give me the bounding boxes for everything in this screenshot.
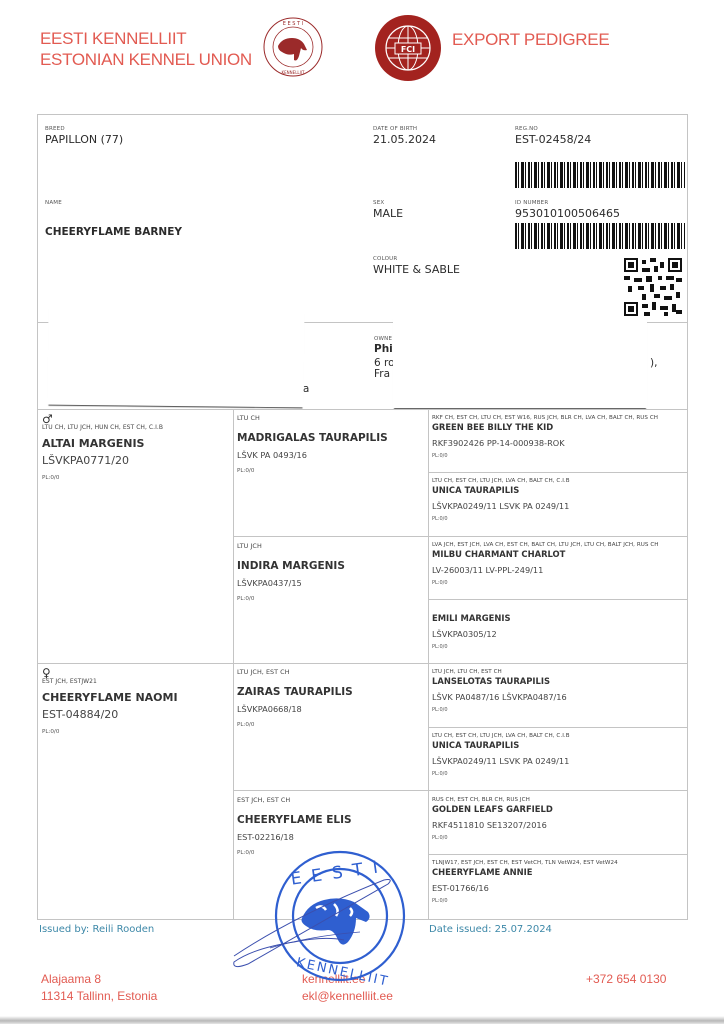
ancestor-titles: LTU JCH, LTU CH, EST CH [432,669,567,675]
gen2-cell: LTU CH MADRIGALAS TAURAPILIS LŠVK PA 049… [237,414,388,474]
ancestor-reg: LŠVKPA0437/15 [237,578,345,588]
website-link[interactable]: kennelliit.ee [302,971,393,988]
owner-address-line1-end: ), [650,357,657,369]
divider [233,536,688,537]
owner-address-line2: Fra [374,368,390,380]
org-name-english: ESTONIAN KENNEL UNION [40,49,252,70]
ancestor-name: MADRIGALAS TAURAPILIS [237,432,388,444]
ancestor-titles: EST JCH, EST CH [237,796,352,804]
ancestor-reg: LŠVKPA0668/18 [237,704,353,714]
svg-text:KENNELLIIT: KENNELLIIT [282,70,305,75]
gen3-cell: RKF CH, EST CH, LTU CH, EST W16, RUS JCH… [432,415,658,459]
ancestor-pl: PL:0/0 [237,596,345,602]
address-line1: Alajaama 8 [41,971,157,988]
colour-value: WHITE & SABLE [373,263,460,276]
regno-label: REG.NO [515,126,538,132]
ancestor-name: GOLDEN LEAFS GARFIELD [432,804,553,814]
breed-value: PAPILLON (77) [45,133,123,146]
ancestor-pl: PL:0/0 [432,835,553,841]
male-symbol-icon: ♂ [42,414,163,424]
ancestor-name: MILBU CHARMANT CHARLOT [432,549,659,559]
sire-name: ALTAI MARGENIS [42,437,163,450]
breed-label: BREED [45,126,65,132]
gen3-cell: LTU CH, EST CH, LTU JCH, LVA CH, BALT CH… [432,478,570,522]
id-barcode-icon [515,223,685,249]
divider [428,599,688,600]
address-line2: 11314 Tallinn, Estonia [41,988,157,1005]
email-link[interactable]: ekl@kennelliit.ee [302,988,393,1005]
ancestor-titles: LTU CH, EST CH, LTU JCH, LVA CH, BALT CH… [432,733,570,739]
dob-label: DATE OF BIRTH [373,126,417,132]
gen3-cell: LVA JCH, EST JCH, LVA CH, EST CH, BALT C… [432,542,659,586]
gen3-cell: TLNJW17, EST JCH, EST CH, EST VetCH, TLN… [432,860,618,904]
id-number-value: 953010100506465 [515,207,620,220]
divider [233,409,234,920]
ancestor-pl: PL:0/0 [432,644,511,650]
ancestor-name: UNICA TAURAPILIS [432,740,570,750]
ancestor-titles: LVA JCH, EST JCH, LVA CH, EST CH, BALT C… [432,542,659,548]
gen2-cell: EST JCH, EST CH CHEERYFLAME ELIS EST-022… [237,796,352,856]
organization-name: EESTI KENNELLIIT ESTONIAN KENNEL UNION [40,28,252,70]
colour-label: COLOUR [373,256,397,262]
gen3-cell: EMILI MARGENIS LŠVKPA0305/12 PL:0/0 [432,605,511,650]
divider [428,854,688,855]
gen2-cell: LTU JCH, EST CH ZAIRAS TAURAPILIS LŠVKPA… [237,668,353,728]
regno-value: EST-02458/24 [515,133,591,146]
ancestor-pl: PL:0/0 [237,850,352,856]
ancestor-pl: PL:0/0 [432,771,570,777]
female-symbol-icon: ♀ [42,668,178,678]
ancestor-name: CHEERYFLAME ANNIE [432,867,618,877]
ancestor-name: CHEERYFLAME ELIS [237,814,352,826]
id-number-label: ID NUMBER [515,200,548,206]
ancestor-reg: EST-02216/18 [237,832,352,842]
ancestor-titles: TLNJW17, EST JCH, EST CH, EST VetCH, TLN… [432,860,618,866]
ancestor-name: EMILI MARGENIS [432,613,511,623]
ancestor-pl: PL:0/0 [432,453,658,459]
ancestor-titles: LTU CH, EST CH, LTU JCH, LVA CH, BALT CH… [432,478,570,484]
fci-logo-icon: FCI [374,14,442,82]
name-label: NAME [45,200,62,206]
ancestor-pl: PL:0/0 [432,898,618,904]
ancestor-name: UNICA TAURAPILIS [432,485,570,495]
ancestor-name: ZAIRAS TAURAPILIS [237,686,353,698]
sire-cell: ♂ LTU CH, LTU JCH, HUN CH, EST CH, C.I.B… [42,414,163,481]
ancestor-name: LANSELOTAS TAURAPILIS [432,676,567,686]
ancestor-reg: LŠVK PA0487/16 LŠVKPA0487/16 [432,692,567,702]
sex-value: MALE [373,207,403,220]
dam-name: CHEERYFLAME NAOMI [42,691,178,704]
eesti-kennelliit-logo-icon: E E S T I KENNELLIIT [262,16,324,78]
ancestor-titles: LTU JCH [237,542,345,550]
dob-value: 21.05.2024 [373,133,436,146]
footer-phone: +372 654 0130 [586,971,666,988]
org-name-estonian: EESTI KENNELLIIT [40,28,252,49]
issued-by: Issued by: Reili Rooden [39,924,154,935]
footer-address: Alajaama 8 11314 Tallinn, Estonia [41,971,157,1005]
svg-text:E E S T I: E E S T I [283,21,303,27]
ancestor-pl: PL:0/0 [237,468,388,474]
ancestor-pl: PL:0/0 [432,580,659,586]
document-title: EXPORT PEDIGREE [452,30,609,50]
ancestor-reg: RKF3902426 PP-14-000938-ROK [432,438,658,448]
sex-label: SEX [373,200,384,206]
divider [37,663,688,664]
owner-name: Phi [374,343,393,355]
dam-reg: EST-04884/20 [42,708,178,721]
gen3-cell: LTU CH, EST CH, LTU JCH, LVA CH, BALT CH… [432,733,570,777]
divider [428,409,429,920]
divider [428,727,688,728]
divider [233,790,688,791]
owner-label: OWNE [374,336,392,342]
ancestor-reg: LŠVK PA 0493/16 [237,450,388,460]
dog-name: CHEERYFLAME BARNEY [45,226,182,238]
gen2-cell: LTU JCH INDIRA MARGENIS LŠVKPA0437/15 PL… [237,542,345,602]
ancestor-pl: PL:0/0 [237,722,353,728]
qr-code-icon [624,258,682,316]
ancestor-reg: LV-26003/11 LV-PPL-249/11 [432,565,659,575]
sire-titles: LTU CH, LTU JCH, HUN CH, EST CH, C.I.B [42,424,163,431]
ancestor-name: GREEN BEE BILLY THE KID [432,422,658,432]
ancestor-name: INDIRA MARGENIS [237,560,345,572]
scan-edge [0,1016,724,1024]
dam-cell: ♀ EST JCH, ESTJW21 CHEERYFLAME NAOMI EST… [42,668,178,735]
gen3-cell: RUS CH, EST CH, BLR CH, RUS JCH GOLDEN L… [432,797,553,841]
dam-pl: PL:0/0 [42,729,178,735]
regno-barcode-icon [515,162,685,188]
gen3-cell: LTU JCH, LTU CH, EST CH LANSELOTAS TAURA… [432,669,567,713]
sire-pl: PL:0/0 [42,475,163,481]
sire-reg: LŠVKPA0771/20 [42,454,163,467]
redaction-paper [47,305,304,408]
ancestor-pl: PL:0/0 [432,707,567,713]
ancestor-pl: PL:0/0 [432,516,570,522]
ancestor-reg: LŠVKPA0305/12 [432,629,511,639]
ancestor-reg: LŠVKPA0249/11 LSVK PA 0249/11 [432,501,570,511]
redaction-paper [393,316,647,408]
dam-titles: EST JCH, ESTJW21 [42,678,178,685]
ancestor-reg: EST-01766/16 [432,883,618,893]
ancestor-titles: LTU CH [237,414,388,422]
ancestor-titles [432,605,511,612]
ancestor-titles: RUS CH, EST CH, BLR CH, RUS JCH [432,797,553,803]
divider [37,409,688,410]
ancestor-reg: RKF4511810 SE13207/2016 [432,820,553,830]
ancestor-reg: LŠVKPA0249/11 LSVK PA 0249/11 [432,756,570,766]
footer-contact: kennelliit.ee ekl@kennelliit.ee [302,971,393,1005]
divider [428,472,688,473]
ancestor-titles: LTU JCH, EST CH [237,668,353,676]
ancestor-titles: RKF CH, EST CH, LTU CH, EST W16, RUS JCH… [432,415,658,421]
svg-text:FCI: FCI [401,45,415,54]
date-issued: Date issued: 25.07.2024 [429,924,552,935]
